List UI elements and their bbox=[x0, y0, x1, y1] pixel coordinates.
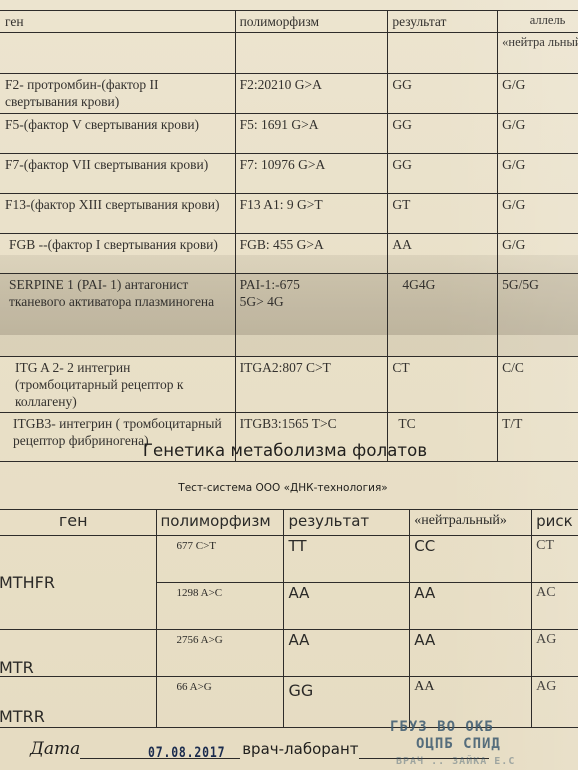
gene-cell: ITG A 2- 2 интегрин (тромбоцитарный реце… bbox=[0, 357, 235, 413]
result-cell: GG bbox=[388, 154, 498, 194]
polymorphism-cell: F2:20210 G>A bbox=[235, 74, 388, 114]
polymorphism-cell: F5: 1691 G>A bbox=[235, 114, 388, 154]
gene-cell: F2- протромбин-(фактор II свертывания кр… bbox=[0, 74, 235, 114]
date-value: 07.08.2017 bbox=[148, 745, 225, 761]
header-result: результат bbox=[388, 11, 498, 33]
risk-cell: CT bbox=[532, 536, 578, 583]
neutral-cell: G/G bbox=[498, 194, 578, 234]
table-subheader-row: «нейтра льный» bbox=[0, 33, 578, 74]
coagulation-genes-table: ген полиморфизм результат аллель «нейтра… bbox=[0, 10, 578, 462]
neutral-cell: G/G bbox=[498, 154, 578, 194]
date-line: 07.08.2017 bbox=[80, 740, 240, 759]
risk-cell: AG bbox=[532, 630, 578, 677]
result-cell: GG bbox=[388, 74, 498, 114]
folate-genes-table: ген полиморфизм результат «нейтральный» … bbox=[0, 509, 578, 728]
stamp-line: ГБУЗ ВО ОКБ bbox=[390, 719, 550, 736]
header-gene: ген bbox=[0, 510, 156, 536]
table-row: MTR 2756 A>G AA AA AG bbox=[0, 630, 578, 677]
doctor-label: врач-лаборант bbox=[242, 740, 358, 758]
result-cell: GT bbox=[388, 194, 498, 234]
date-label: Дата bbox=[30, 739, 80, 759]
polymorphism-cell: 1298 A>C bbox=[156, 583, 284, 630]
neutral-cell: G/G bbox=[498, 234, 578, 274]
neutral-cell: AA bbox=[410, 630, 532, 677]
section-subtitle: Тест-система ООО «ДНК-технология» bbox=[0, 482, 572, 494]
neutral-cell: 5G/5G bbox=[498, 274, 578, 357]
empty-cell bbox=[0, 33, 235, 74]
result-cell: AA bbox=[388, 234, 498, 274]
polymorphism-cell: PAI-1:-675 5G> 4G bbox=[235, 274, 388, 357]
header-polymorphism: полиморфизм bbox=[156, 510, 284, 536]
header-neutral: «нейтральный» bbox=[410, 510, 532, 536]
result-cell: 4G4G bbox=[388, 274, 498, 357]
polymorphism-cell: 2756 A>G bbox=[156, 630, 284, 677]
table-header-row: ген полиморфизм результат «нейтральный» … bbox=[0, 510, 578, 536]
table-row: F13-(фактор XIII свертывания крови) F13 … bbox=[0, 194, 578, 234]
header-risk: риск bbox=[532, 510, 578, 536]
neutral-cell: C/C bbox=[498, 357, 578, 413]
gene-cell: F13-(фактор XIII свертывания крови) bbox=[0, 194, 235, 234]
empty-cell bbox=[235, 33, 388, 74]
gene-cell: FGB --(фактор I свертывания крови) bbox=[0, 234, 235, 274]
header-result: результат bbox=[284, 510, 410, 536]
result-cell: AA bbox=[284, 630, 410, 677]
result-cell: TT bbox=[284, 536, 410, 583]
table-header-row: ген полиморфизм результат аллель bbox=[0, 11, 578, 33]
header-allele-neutral: «нейтра льный» bbox=[498, 33, 578, 74]
stamp-line: ВРАЧ .. ЗАЙКА Е.С bbox=[390, 753, 550, 770]
polymorphism-cell: F7: 10976 G>A bbox=[235, 154, 388, 194]
table-row: F5-(фактор V свертывания крови) F5: 1691… bbox=[0, 114, 578, 154]
header-allele: аллель bbox=[498, 11, 578, 33]
table-row: F2- протромбин-(фактор II свертывания кр… bbox=[0, 74, 578, 114]
section-title: Генетика метаболизма фолатов bbox=[0, 441, 574, 460]
gene-cell: F7-(фактор VII свертывания крови) bbox=[0, 154, 235, 194]
polymorphism-line: PAI-1:-675 bbox=[240, 276, 384, 293]
table-row: SERPINE 1 (PAI- 1) антагонист тканевого … bbox=[0, 274, 578, 357]
neutral-cell: G/G bbox=[498, 114, 578, 154]
risk-cell: AC bbox=[532, 583, 578, 630]
polymorphism-cell: F13 A1: 9 G>T bbox=[235, 194, 388, 234]
gene-cell: SERPINE 1 (PAI- 1) антагонист тканевого … bbox=[0, 274, 235, 357]
institution-stamp: ГБУЗ ВО ОКБ ОЦПБ СПИД ВРАЧ .. ЗАЙКА Е.С bbox=[390, 719, 550, 770]
result-cell: GG bbox=[388, 114, 498, 154]
header-polymorphism: полиморфизм bbox=[235, 11, 388, 33]
neutral-cell: G/G bbox=[498, 74, 578, 114]
table-row: MTHFR 677 C>T TT CC CT bbox=[0, 536, 578, 583]
polymorphism-cell: 66 A>G bbox=[156, 677, 284, 728]
empty-cell bbox=[388, 33, 498, 74]
stamp-line: ОЦПБ СПИД bbox=[390, 736, 550, 753]
neutral-cell: AA bbox=[410, 583, 532, 630]
header-gene: ген bbox=[0, 11, 235, 33]
polymorphism-cell: ITGA2:807 C>T bbox=[235, 357, 388, 413]
polymorphism-cell: FGB: 455 G>A bbox=[235, 234, 388, 274]
gene-cell: F5-(фактор V свертывания крови) bbox=[0, 114, 235, 154]
polymorphism-line: 5G> 4G bbox=[240, 293, 384, 310]
polymorphism-cell: 677 C>T bbox=[156, 536, 284, 583]
gene-cell: MTHFR bbox=[0, 536, 156, 630]
gene-cell: MTRR bbox=[0, 677, 156, 728]
gene-cell: MTR bbox=[0, 630, 156, 677]
table-row: ITG A 2- 2 интегрин (тромбоцитарный реце… bbox=[0, 357, 578, 413]
table-row: FGB --(фактор I свертывания крови) FGB: … bbox=[0, 234, 578, 274]
neutral-cell: CC bbox=[410, 536, 532, 583]
result-cell: CT bbox=[388, 357, 498, 413]
table-row: F7-(фактор VII свертывания крови) F7: 10… bbox=[0, 154, 578, 194]
result-cell: AA bbox=[284, 583, 410, 630]
